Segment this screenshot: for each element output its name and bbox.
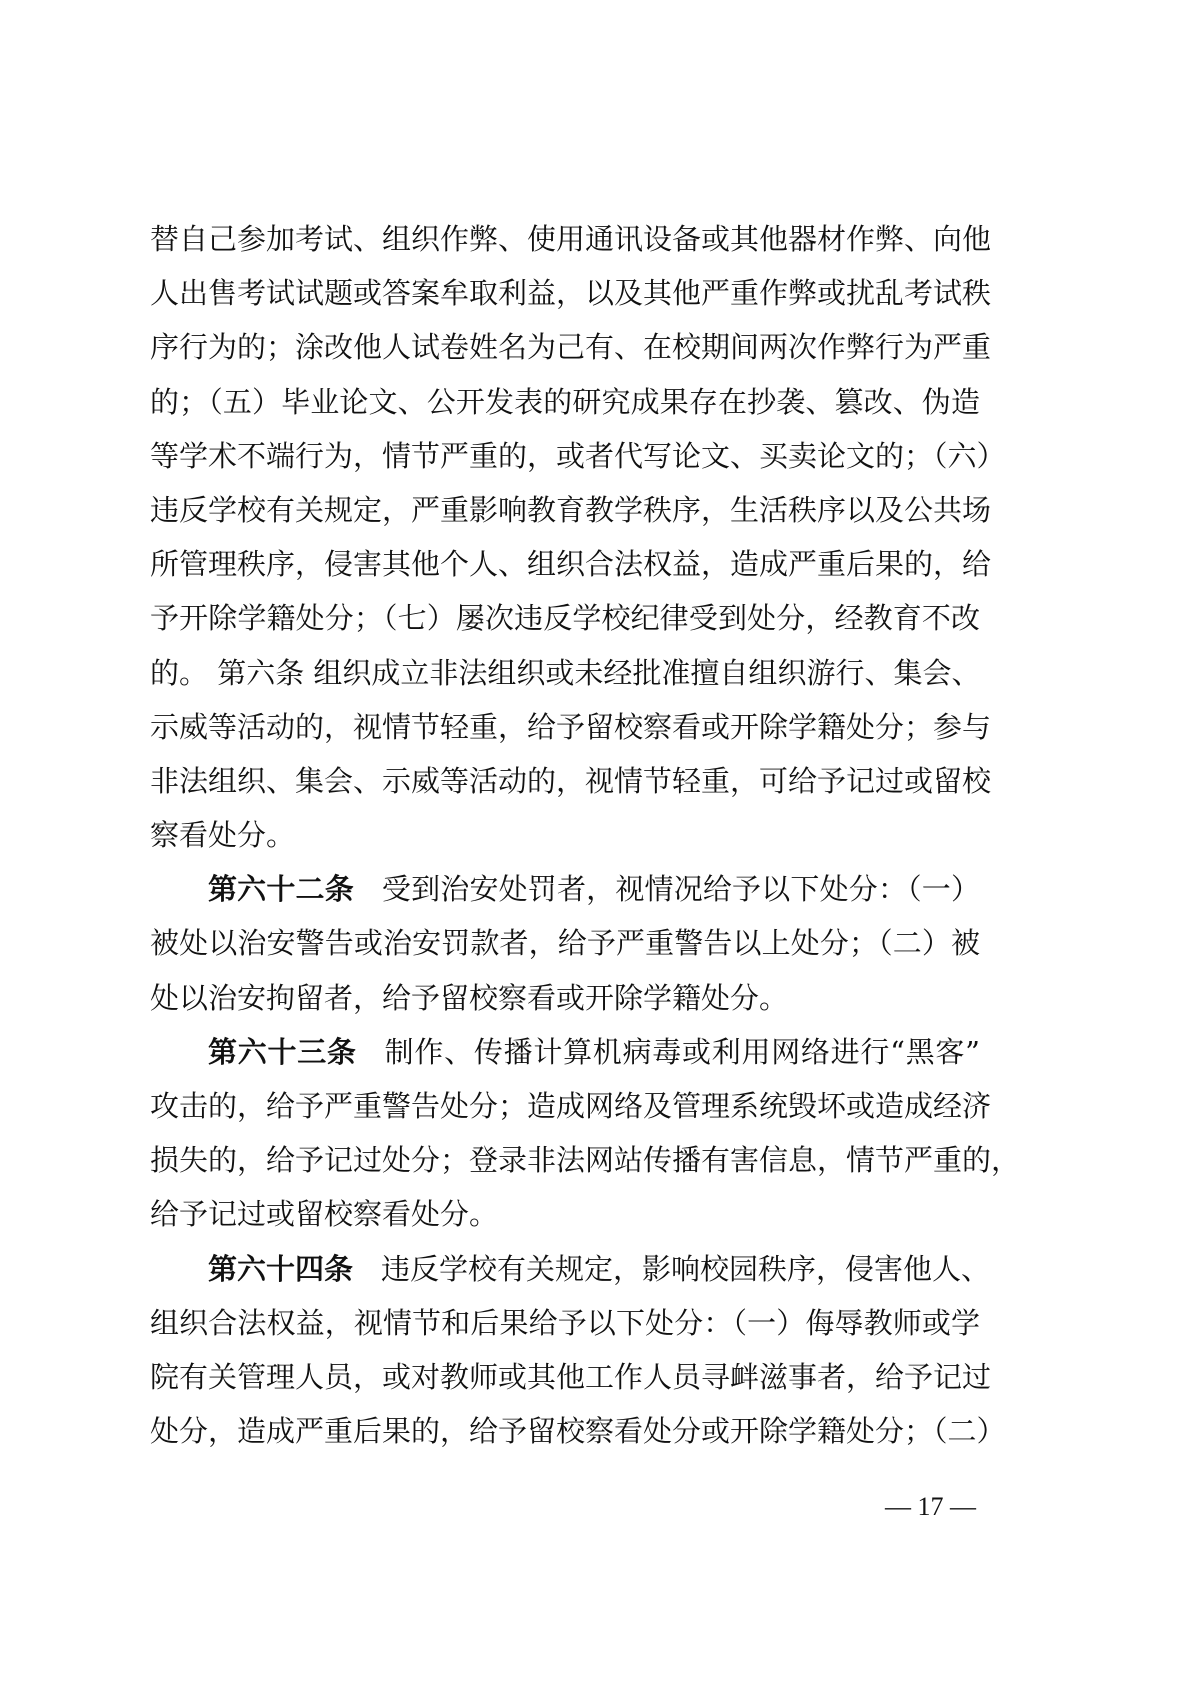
text-line: 予开除学籍处分；（七）屡次违反学校纪律受到处分，经教育不改 [150, 591, 980, 645]
article-text: 受到治安处罚者，视情况给予以下处分：（一） [382, 872, 980, 906]
text-line: 序行为的；涂改他人试卷姓名为己有、在校期间两次作弊行为严重 [150, 320, 980, 374]
text-line: 所管理秩序，侵害其他个人、组织合法权益，造成严重后果的，给 [150, 537, 980, 591]
text-line: 的；（五）毕业论文、公开发表的研究成果存在抄袭、篡改、伪造 [150, 375, 980, 429]
text-line: 院有关管理人员，或对教师或其他工作人员寻衅滋事者，给予记过 [150, 1350, 980, 1404]
document-body: 替自己参加考试、组织作弊、使用通讯设备或其他器材作弊、向他 人出售考试试题或答案… [150, 212, 980, 1458]
document-page: 替自己参加考试、组织作弊、使用通讯设备或其他器材作弊、向他 人出售考试试题或答案… [0, 0, 1191, 1684]
text-line: 被处以治安警告或治安罚款者，给予严重警告以上处分；（二）被 [150, 916, 980, 970]
text-line: 违反学校有关规定，严重影响教育教学秩序，生活秩序以及公共场 [150, 483, 980, 537]
article-text: 违反学校有关规定，影响校园秩序，侵害他人、 [381, 1252, 990, 1286]
text-line: 的。 第六条 组织成立非法组织或未经批准擅自组织游行、集会、 [150, 646, 980, 700]
article-number: 第六十三条 [208, 1035, 357, 1069]
page-number: — 17 — [885, 1492, 976, 1522]
text-line: 人出售考试试题或答案牟取利益，以及其他严重作弊或扰乱考试秩 [150, 266, 980, 320]
text-line: 损失的，给予记过处分；登录非法网站传播有害信息，情节严重的， [150, 1133, 980, 1187]
text-line: 给予记过或留校察看处分。 [150, 1187, 980, 1241]
text-line: 察看处分。 [150, 808, 980, 862]
article-number: 第六十四条 [208, 1252, 353, 1286]
text-line: 第六十四条违反学校有关规定，影响校园秩序，侵害他人、 [150, 1242, 980, 1296]
text-line: 非法组织、集会、示威等活动的，视情节轻重，可给予记过或留校 [150, 754, 980, 808]
paragraph-article-64: 第六十四条违反学校有关规定，影响校园秩序，侵害他人、 组织合法权益，视情节和后果… [150, 1242, 980, 1459]
text-line: 替自己参加考试、组织作弊、使用通讯设备或其他器材作弊、向他 [150, 212, 980, 266]
paragraph-continuation: 替自己参加考试、组织作弊、使用通讯设备或其他器材作弊、向他 人出售考试试题或答案… [150, 212, 980, 862]
text-line: 处以治安拘留者，给予留校察看或开除学籍处分。 [150, 971, 980, 1025]
text-line: 等学术不端行为，情节严重的，或者代写论文、买卖论文的；（六） [150, 429, 980, 483]
article-text: 制作、传播计算机病毒或利用网络进行“黑客” [385, 1035, 980, 1069]
paragraph-article-62: 第六十二条受到治安处罚者，视情况给予以下处分：（一） 被处以治安警告或治安罚款者… [150, 862, 980, 1025]
text-line: 攻击的，给予严重警告处分；造成网络及管理系统毁坏或造成经济 [150, 1079, 980, 1133]
text-line: 第六十二条受到治安处罚者，视情况给予以下处分：（一） [150, 862, 980, 916]
text-line: 示威等活动的，视情节轻重，给予留校察看或开除学籍处分；参与 [150, 700, 980, 754]
text-line: 处分，造成严重后果的，给予留校察看处分或开除学籍处分；（二） [150, 1404, 980, 1458]
text-line: 第六十三条制作、传播计算机病毒或利用网络进行“黑客” [150, 1025, 980, 1079]
paragraph-article-63: 第六十三条制作、传播计算机病毒或利用网络进行“黑客” 攻击的，给予严重警告处分；… [150, 1025, 980, 1242]
article-number: 第六十二条 [208, 872, 354, 906]
text-line: 组织合法权益，视情节和后果给予以下处分：（一）侮辱教师或学 [150, 1296, 980, 1350]
